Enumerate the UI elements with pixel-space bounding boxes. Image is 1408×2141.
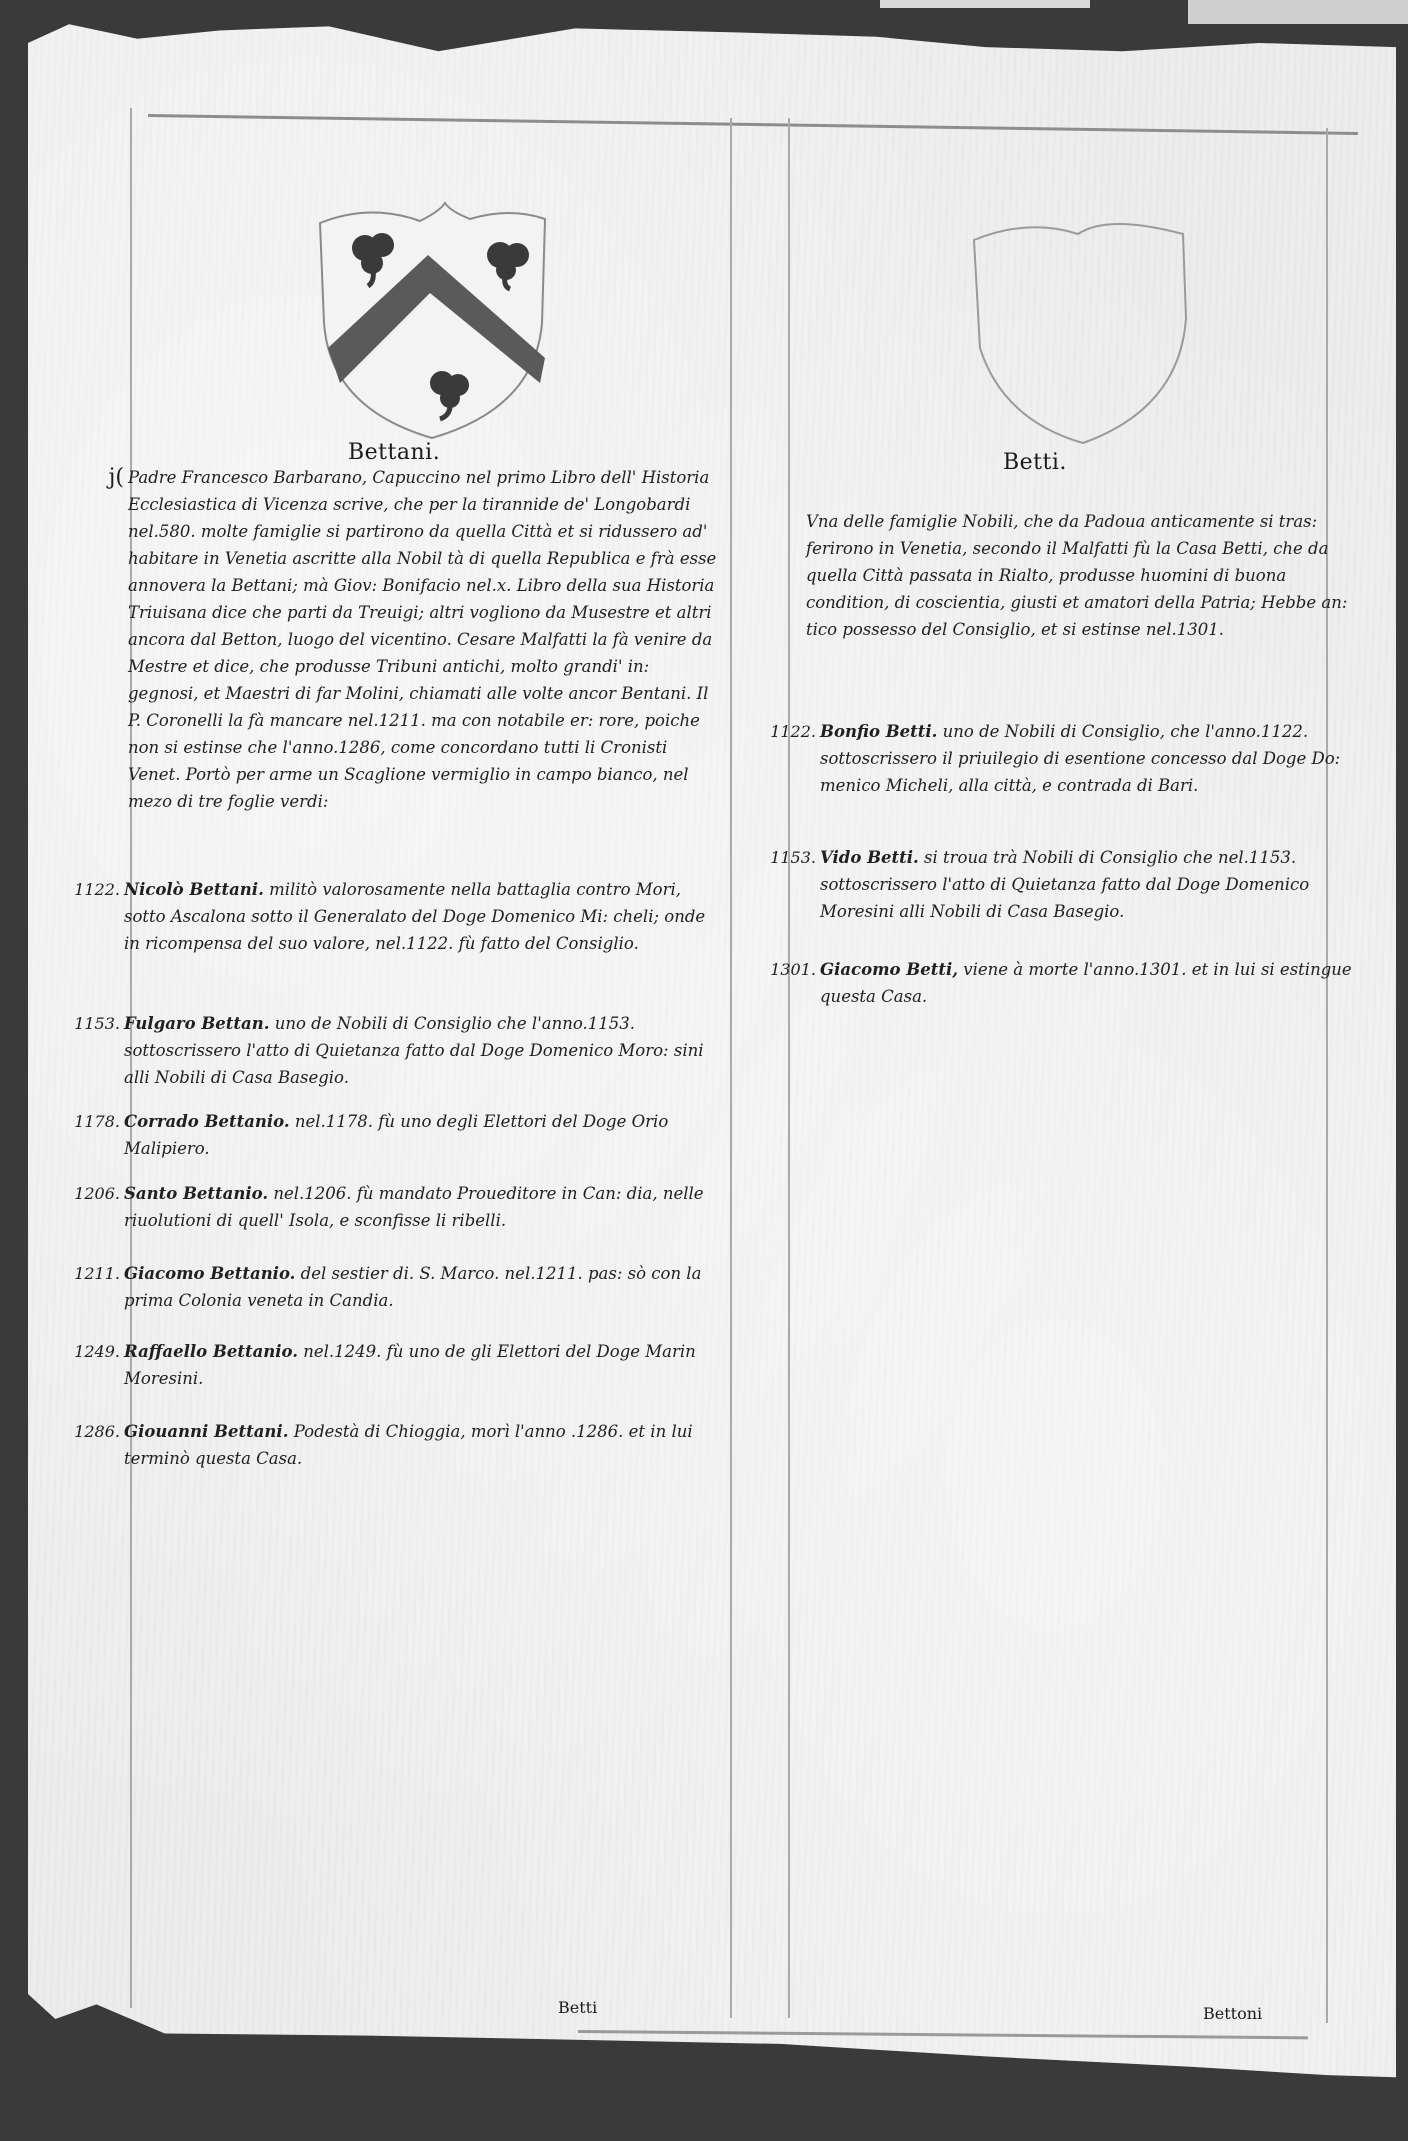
background-scrap-right <box>1188 0 1408 24</box>
background-scrap-top <box>880 0 1090 8</box>
intro-text: Vna delle famiglie Nobili, che da Padoua… <box>806 512 1347 639</box>
entry-bettani-1153: 1153. Fulgaro Bettan. uno de Nobili di C… <box>124 1010 718 1091</box>
entry-name: Santo Bettanio. <box>124 1184 268 1203</box>
family-title-bettani: Bettani. <box>348 440 440 465</box>
manuscript-page: Bettani. j( Padre Francesco Barbarano, C… <box>28 18 1396 2098</box>
family-title-betti: Betti. <box>1003 450 1067 475</box>
entry-year: 1211. <box>52 1260 120 1287</box>
column-betti: Betti. Vna delle famiglie Nobili, che da… <box>728 18 1388 2018</box>
entry-year: 1286. <box>52 1418 120 1445</box>
entry-year: 1153. <box>52 1010 120 1037</box>
entry-bettani-1211: 1211. Giacomo Bettanio. del sestier di. … <box>124 1260 718 1314</box>
entry-name: Fulgaro Bettan. <box>124 1014 269 1033</box>
entry-year: 1153. <box>748 844 816 871</box>
entry-year: 1301. <box>748 956 816 983</box>
entry-bettani-1249: 1249. Raffaello Bettanio. nel.1249. fù u… <box>124 1338 718 1392</box>
bottom-rule <box>578 2030 1308 2039</box>
entry-betti-1301: 1301. Giacomo Betti, viene à morte l'ann… <box>820 956 1366 1010</box>
entry-name: Giacomo Betti, <box>820 960 958 979</box>
entry-betti-1153: 1153. Vido Betti. si troua trà Nobili di… <box>820 844 1366 925</box>
entry-bettani-1206: 1206. Santo Bettanio. nel.1206. fù manda… <box>124 1180 718 1234</box>
entry-bettani-1286: 1286. Giouanni Bettani. Podestà di Chiog… <box>124 1418 718 1472</box>
intro-bettani: j( Padre Francesco Barbarano, Capuccino … <box>128 464 718 815</box>
entry-name: Bonfio Betti. <box>820 722 937 741</box>
entry-year: 1178. <box>52 1108 120 1135</box>
entry-name: Nicolò Bettani. <box>124 880 264 899</box>
coat-of-arms-bettani-icon <box>310 193 555 443</box>
entry-bettani-1122: 1122. Nicolò Bettani. militò valorosamen… <box>124 876 718 957</box>
entry-year: 1122. <box>748 718 816 745</box>
entry-name: Corrado Bettanio. <box>124 1112 290 1131</box>
entry-name: Vido Betti. <box>820 848 919 867</box>
entry-name: Giacomo Bettanio. <box>124 1264 295 1283</box>
entry-year: 1122. <box>52 876 120 903</box>
intro-text: Padre Francesco Barbarano, Capuccino nel… <box>128 468 716 811</box>
entry-betti-1122: 1122. Bonfio Betti. uno de Nobili di Con… <box>820 718 1366 799</box>
entry-name: Giouanni Bettani. <box>124 1422 288 1441</box>
entry-year: 1206. <box>52 1180 120 1207</box>
entry-year: 1249. <box>52 1338 120 1365</box>
column-bettani: Bettani. j( Padre Francesco Barbarano, C… <box>28 18 728 2018</box>
coat-of-arms-betti-icon <box>958 198 1198 448</box>
intro-marker: j( <box>78 464 124 491</box>
catchword-right: Bettoni <box>1203 2004 1262 2023</box>
entry-bettani-1178: 1178. Corrado Bettanio. nel.1178. fù uno… <box>124 1108 718 1162</box>
catchword-left: Betti <box>558 1998 597 2017</box>
intro-betti: Vna delle famiglie Nobili, che da Padoua… <box>806 508 1366 643</box>
entry-name: Raffaello Bettanio. <box>124 1342 298 1361</box>
